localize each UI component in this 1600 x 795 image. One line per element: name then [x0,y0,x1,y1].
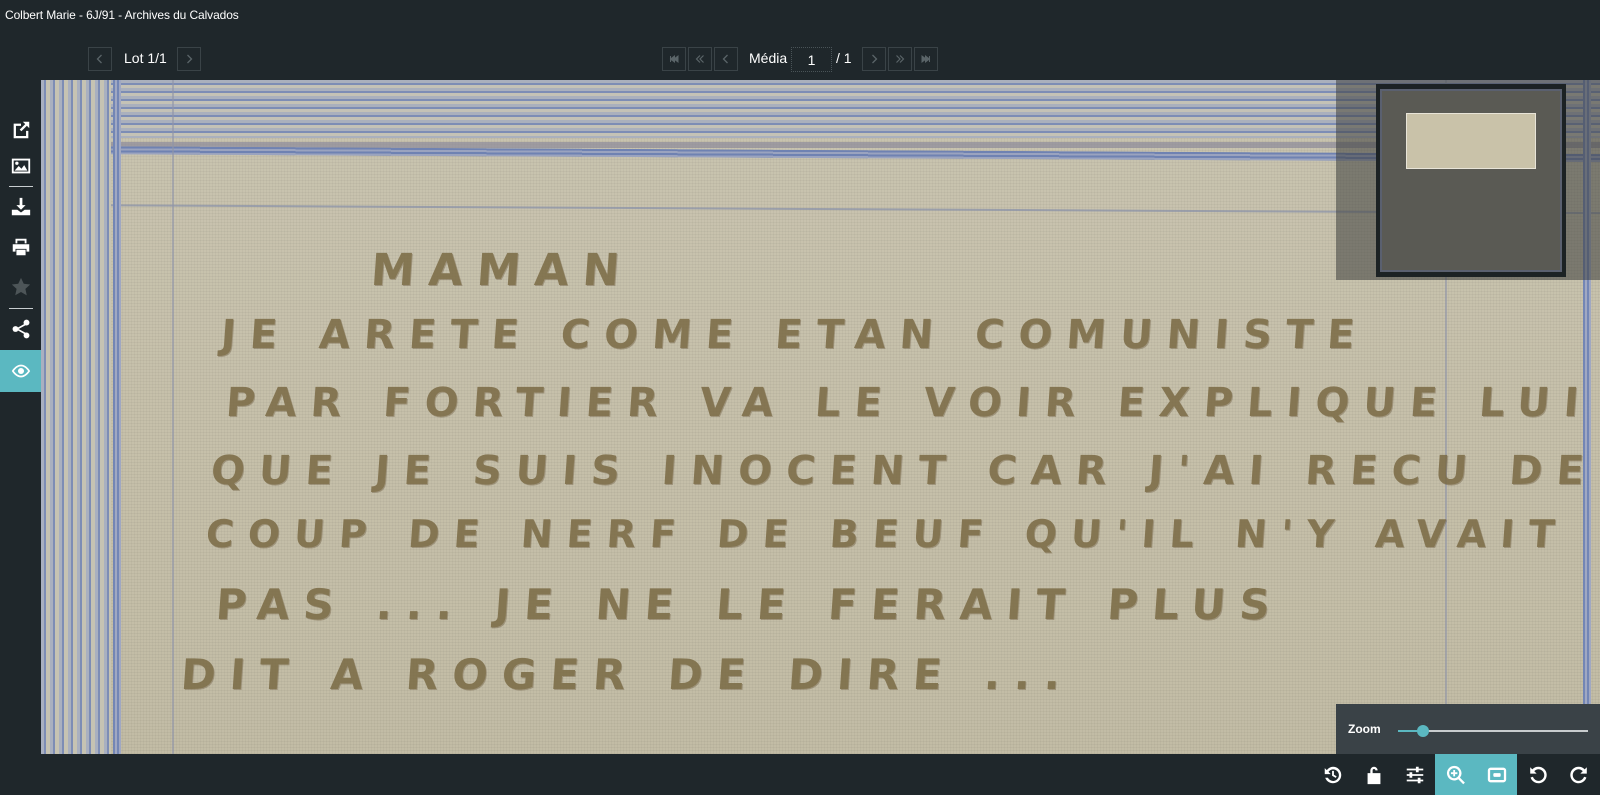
media-page-input[interactable] [791,47,832,72]
download-button[interactable] [0,187,41,227]
chevron-right-icon [869,54,879,64]
viewer-app: Colbert Marie - 6J/91 - Archives du Calv… [0,0,1600,795]
history-reset-icon [1322,764,1344,786]
zoom-panel: Zoom [1336,704,1600,754]
rotate-left-button[interactable] [1517,754,1558,795]
chevron-left-icon [721,54,731,64]
embroidered-line: PAS ... JE NE LE FERAIT PLUS [214,580,1285,629]
media-fast-forward-button[interactable] [888,47,912,71]
border-stripe [172,80,174,754]
embroidered-line: MAMAN [369,245,635,296]
border-stripe [113,80,121,754]
skip-first-icon [669,54,679,64]
image-button[interactable] [0,146,41,186]
navigator-minimap[interactable] [1336,80,1600,280]
view-button[interactable] [0,350,41,392]
media-last-button[interactable] [914,47,938,71]
rotate-right-button[interactable] [1558,754,1599,795]
share-icon [10,318,32,340]
lot-previous-button[interactable] [88,47,112,71]
lot-label: Lot 1/1 [124,50,167,66]
media-label: Média [749,50,787,66]
print-icon [10,236,32,258]
fit-screen-button[interactable] [1476,754,1517,795]
double-chevron-left-icon [695,54,705,64]
embroidered-line: DIT A ROGER DE DIRE ... [179,650,1076,699]
bottom-toolbar [0,754,1600,795]
print-button[interactable] [0,227,41,267]
image-icon [10,155,32,177]
reset-button[interactable] [1312,754,1353,795]
zoom-slider-thumb[interactable] [1417,725,1429,737]
double-chevron-right-icon [895,54,905,64]
star-icon [10,276,32,298]
open-external-button[interactable] [0,110,41,150]
media-total: / 1 [836,50,852,66]
zoom-in-icon [1445,764,1467,786]
embroidered-line: JE ARETE COME ETAN COMUNISTE [219,312,1370,358]
minimap-viewport-indicator[interactable] [1406,113,1536,169]
embroidered-line: COUP DE NERF DE BEUF QU'IL N'Y AVAIT [204,512,1570,556]
media-previous-button[interactable] [714,47,738,71]
chevron-left-icon [95,54,105,64]
zoom-label: Zoom [1348,722,1381,736]
rotate-right-icon [1568,764,1590,786]
zoom-slider[interactable] [1398,730,1588,732]
share-button[interactable] [0,309,41,349]
unlock-icon [1363,764,1385,786]
media-next-button[interactable] [862,47,886,71]
embroidered-line: QUE JE SUIS INOCENT CAR J'AI RECU DES [209,448,1600,494]
sliders-icon [1404,764,1426,786]
document-title: Colbert Marie - 6J/91 - Archives du Calv… [5,8,239,26]
download-icon [10,196,32,218]
rotate-left-icon [1527,764,1549,786]
lock-button[interactable] [1353,754,1394,795]
adjustments-button[interactable] [1394,754,1435,795]
border-stripes-left [41,80,111,754]
media-fast-back-button[interactable] [688,47,712,71]
fit-screen-icon [1486,764,1508,786]
external-link-icon [10,119,32,141]
embroidered-line: PAR FORTIER VA LE VOIR EXPLIQUE LUI [224,380,1594,426]
zoom-tool-button[interactable] [1435,754,1476,795]
eye-icon [10,360,32,382]
chevron-right-icon [184,54,194,64]
media-first-button[interactable] [662,47,686,71]
skip-last-icon [921,54,931,64]
favorite-button[interactable] [0,267,41,307]
lot-next-button[interactable] [177,47,201,71]
